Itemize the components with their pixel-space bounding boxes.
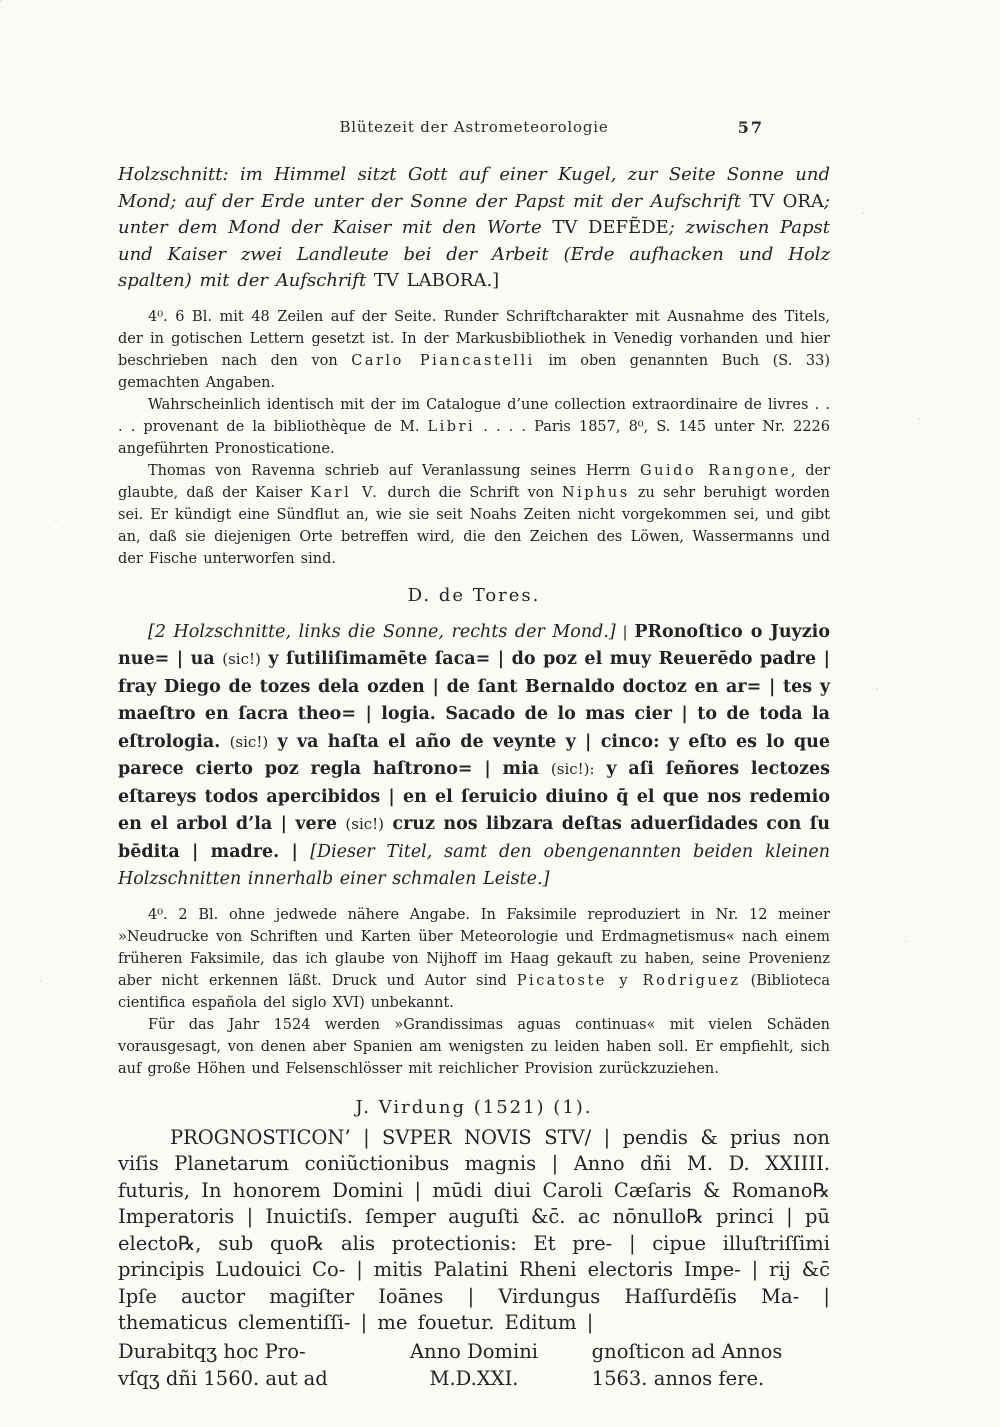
colophon-line: Anno Domini [374, 1338, 573, 1365]
text-segment: [2 Holzschnitte, links die Sonne, rechts… [148, 622, 616, 642]
text-segment: Holzschnitt: im Himmel sitzt Gott auf ei… [118, 164, 830, 212]
text-segment: (sic!) [345, 815, 384, 833]
running-header-title: Blütezeit der Astrometeorologie [339, 118, 608, 136]
paragraph-bibliographic-1: 4⁰. 6 Bl. mit 48 Zeilen auf der Seite. R… [118, 306, 830, 394]
paragraph-thomas-ravenna: Thomas von Ravenna schrieb auf Veranlass… [118, 460, 830, 570]
paragraph-bibliographic-2: 4⁰. 2 Bl. ohne jedwede nähere Angabe. In… [118, 904, 830, 1014]
text-segment: Thomas von Ravenna schrieb auf Veranlass… [148, 463, 640, 479]
colophon-line: Durabitqʒ hoc Pro- [118, 1338, 374, 1365]
colophon-line: gnoſticon ad Annos [592, 1338, 830, 1365]
text-segment: Guido Rangone [640, 463, 791, 479]
text-segment: Libri [428, 419, 476, 435]
paragraph-prognosticon-transcription: PROGNOSTICON’ | SVPER NOVIS STV/ | pendi… [118, 1125, 830, 1337]
colophon: Durabitqʒ hoc Pro- vſqʒ dñi 1560. aut ad… [118, 1338, 830, 1392]
text-segment: Carlo Piancastelli [351, 353, 535, 369]
text-segment: (sic!) [230, 733, 269, 751]
text-segment: TV DEFẼDE [552, 217, 668, 238]
text-segment: TV ORA [749, 191, 824, 212]
colophon-line: vſqʒ dñi 1560. aut ad [118, 1365, 374, 1392]
running-header: Blütezeit der Astrometeorologie 57 [118, 118, 830, 136]
colophon-center-column: Anno Domini M.D.XXI. [374, 1338, 573, 1392]
text-segment: Karl V. [310, 485, 379, 501]
heading-de-tores: D. de Tores. [118, 585, 830, 606]
colophon-right-column: gnoſticon ad Annos 1563. annos fere. [574, 1338, 830, 1392]
page-number: 57 [738, 118, 764, 137]
paragraph-catalogue: Wahrscheinlich identisch mit der im Cata… [118, 394, 830, 460]
text-segment: (sic!) [222, 650, 261, 668]
paragraph-holzschnitt-description: Holzschnitt: im Himmel sitzt Gott auf ei… [118, 162, 830, 295]
text-segment: TV LABORA.] [374, 270, 499, 291]
scanned-book-page: Blütezeit der Astrometeorologie 57 Holzs… [0, 0, 1000, 1427]
paragraph-flood-prediction: Für das Jahr 1524 werden »Grandissimas a… [118, 1014, 830, 1080]
colophon-left-column: Durabitqʒ hoc Pro- vſqʒ dñi 1560. aut ad [118, 1338, 374, 1392]
paragraph-tores-title-transcription: [2 Holzschnitte, links die Sonne, rechts… [118, 619, 830, 894]
colophon-line: 1563. annos fere. [592, 1365, 830, 1392]
text-segment: | [616, 623, 635, 641]
colophon-line: M.D.XXI. [374, 1365, 573, 1392]
text-column: Blütezeit der Astrometeorologie 57 Holzs… [118, 118, 830, 1392]
heading-virdung: J. Virdung (1521) (1). [118, 1097, 830, 1118]
scan-noise [0, 0, 2, 2]
text-segment: (sic!): [551, 760, 595, 778]
text-segment: PROGNOSTICON’ | SVPER NOVIS STV/ | pendi… [118, 1126, 830, 1335]
text-segment: durch die Schrift von [379, 485, 562, 501]
text-segment: Für das Jahr 1524 werden »Grandissimas a… [118, 1017, 830, 1077]
text-segment: Picatoste y Rodriguez [517, 973, 741, 989]
text-segment: Niphus [562, 485, 630, 501]
